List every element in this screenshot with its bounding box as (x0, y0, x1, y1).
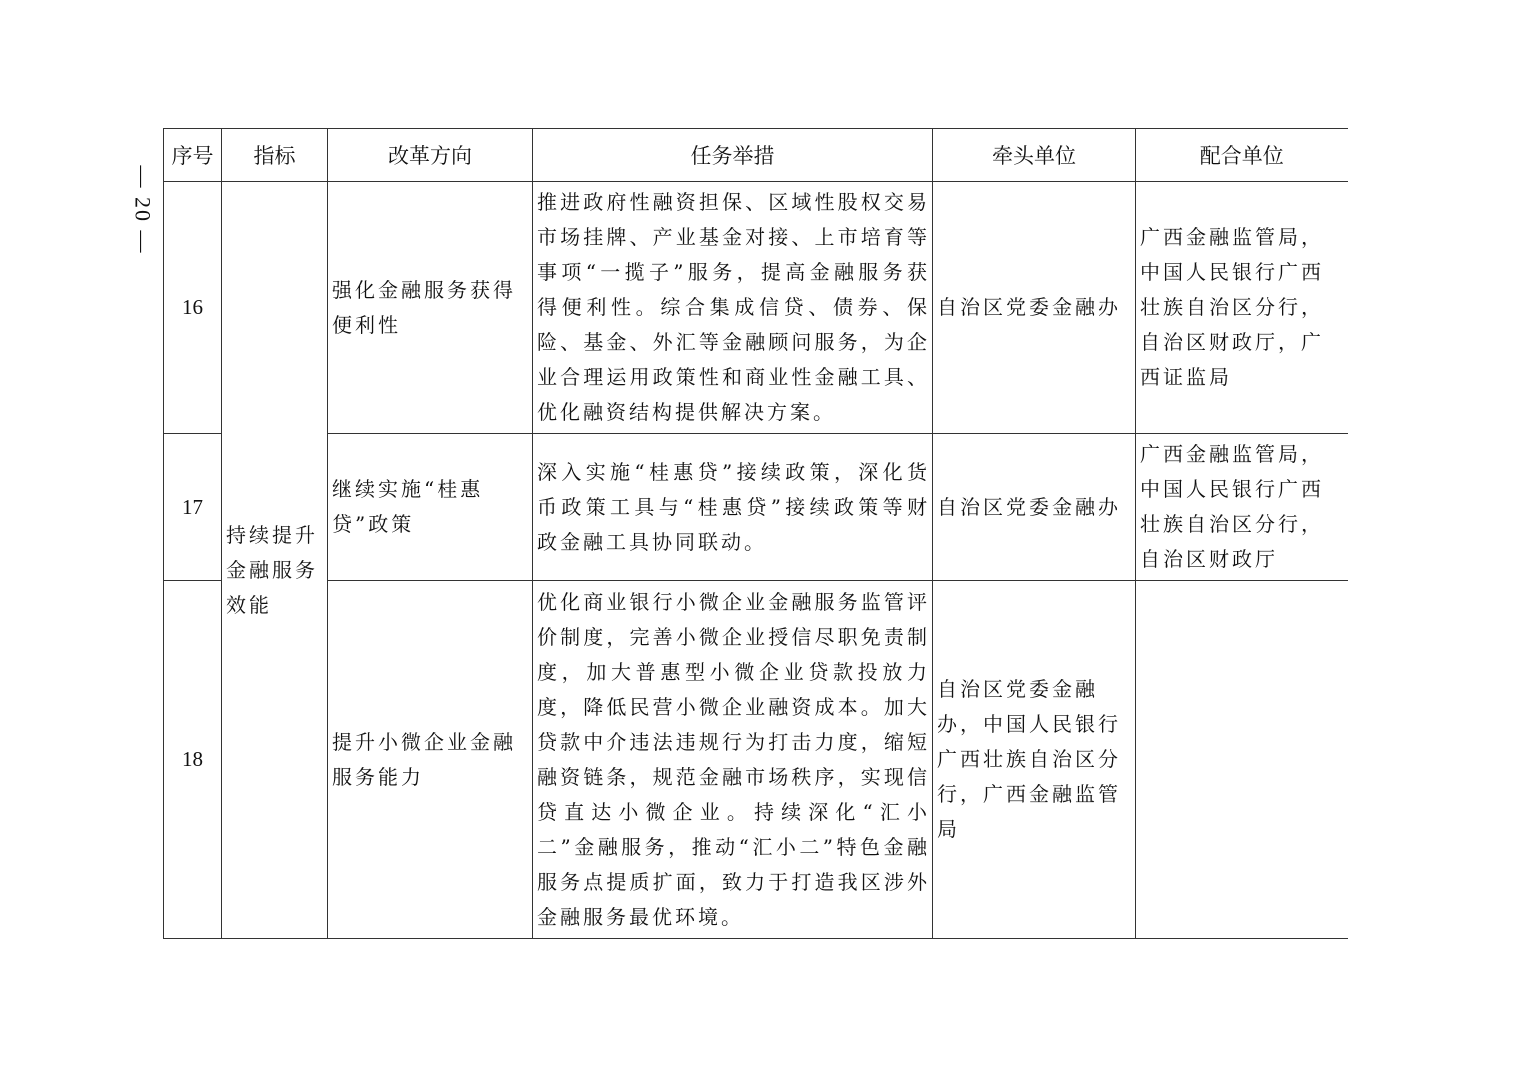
row-number: 18 (164, 581, 222, 939)
row-number: 16 (164, 182, 222, 434)
measures-cell: 优化商业银行小微企业金融服务监管评价制度，完善小微企业授信尽职免责制度，加大普惠… (533, 581, 933, 939)
lead-unit-cell: 自治区党委金融办 (933, 182, 1136, 434)
table-header-row: 序号 指标 改革方向 任务举措 牵头单位 配合单位 (164, 129, 1348, 182)
header-no: 序号 (164, 129, 222, 182)
measures-cell: 深入实施“桂惠贷”接续政策，深化货币政策工具与“桂惠贷”接续政策等财政金融工具协… (533, 434, 933, 581)
reform-task-table: 序号 指标 改革方向 任务举措 牵头单位 配合单位 16 持续提升金融服务效能 … (163, 128, 1348, 939)
indicator-text: 持续提升金融服务效能 (226, 518, 324, 623)
page-number-text: — 20 — (129, 166, 155, 255)
lead-unit-cell: 自治区党委金融办，中国人民银行广西壮族自治区分行，广西金融监管局 (933, 581, 1136, 939)
header-cooperating-unit: 配合单位 (1136, 129, 1348, 182)
direction-cell: 继续实施“桂惠贷”政策 (328, 434, 533, 581)
direction-cell: 提升小微企业金融服务能力 (328, 581, 533, 939)
page-number: — 20 — (122, 150, 162, 270)
header-indicator: 指标 (222, 129, 328, 182)
header-lead-unit: 牵头单位 (933, 129, 1136, 182)
header-direction: 改革方向 (328, 129, 533, 182)
indicator-cell: 持续提升金融服务效能 (222, 182, 328, 939)
cooperating-unit-cell: 广西金融监管局，中国人民银行广西壮族自治区分行，自治区财政厅 (1136, 434, 1348, 581)
measures-cell: 推进政府性融资担保、区域性股权交易市场挂牌、产业基金对接、上市培育等事项“一揽子… (533, 182, 933, 434)
direction-cell: 强化金融服务获得便利性 (328, 182, 533, 434)
table-row: 18 提升小微企业金融服务能力 优化商业银行小微企业金融服务监管评价制度，完善小… (164, 581, 1348, 939)
table-row: 17 继续实施“桂惠贷”政策 深入实施“桂惠贷”接续政策，深化货币政策工具与“桂… (164, 434, 1348, 581)
table-row: 16 持续提升金融服务效能 强化金融服务获得便利性 推进政府性融资担保、区域性股… (164, 182, 1348, 434)
header-measures: 任务举措 (533, 129, 933, 182)
cooperating-unit-cell (1136, 581, 1348, 939)
row-number: 17 (164, 434, 222, 581)
lead-unit-cell: 自治区党委金融办 (933, 434, 1136, 581)
cooperating-unit-cell: 广西金融监管局，中国人民银行广西壮族自治区分行，自治区财政厅，广西证监局 (1136, 182, 1348, 434)
